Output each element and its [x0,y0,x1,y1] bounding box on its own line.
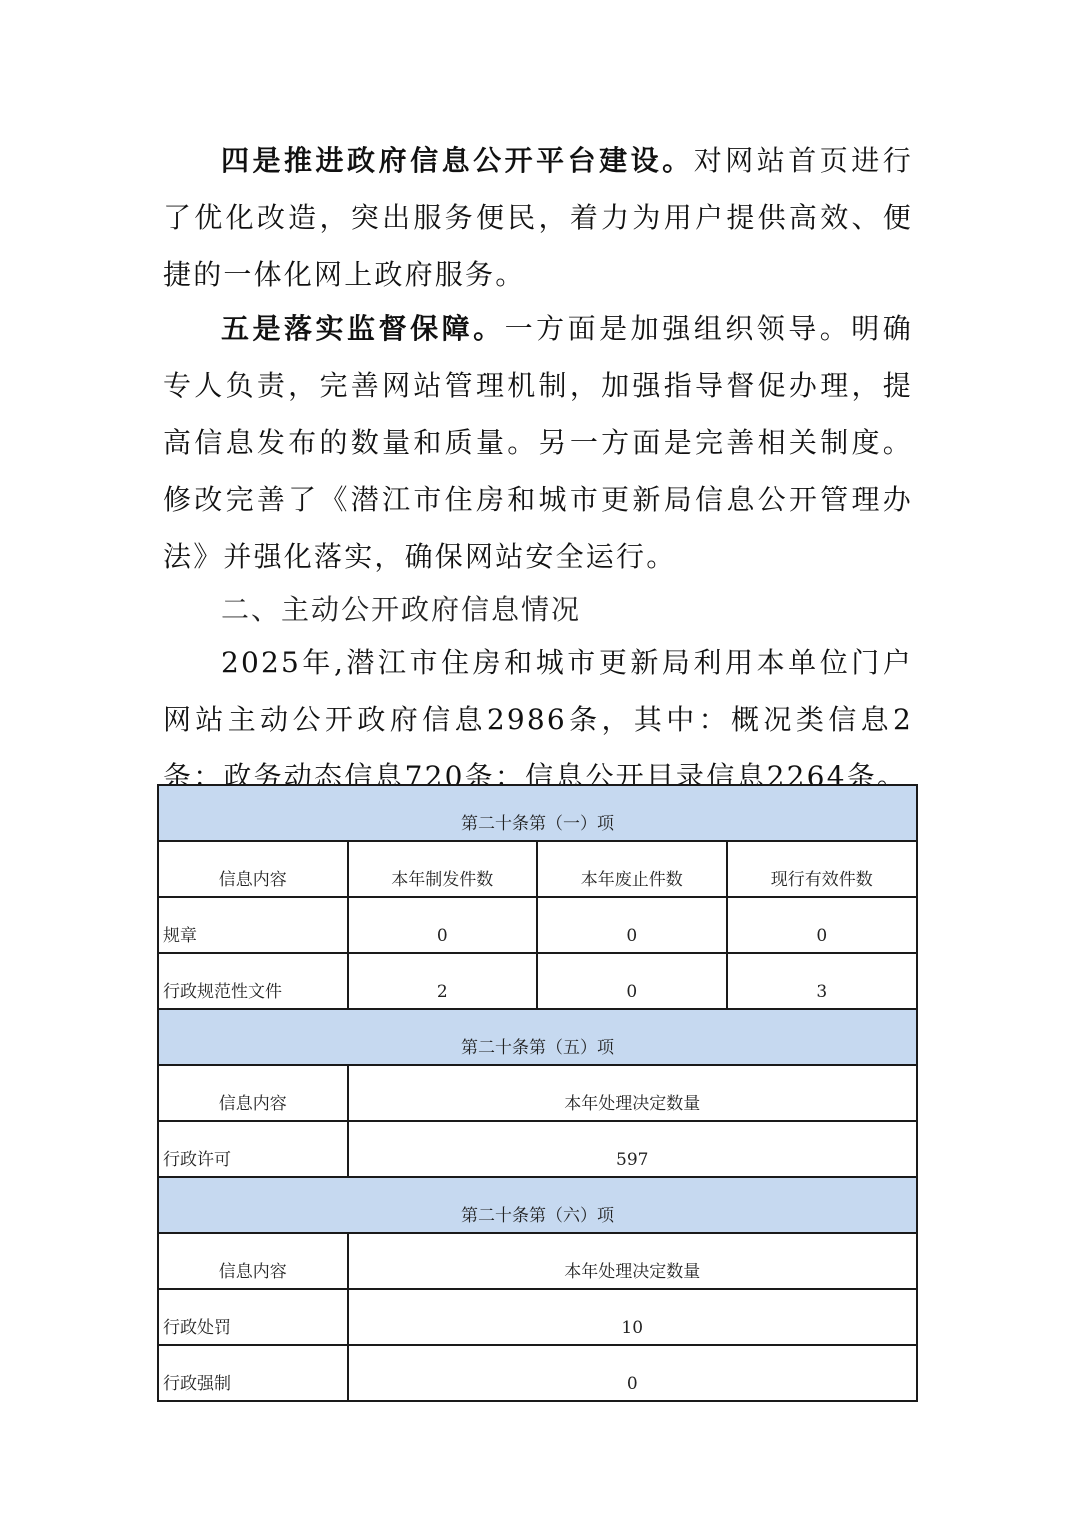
table-row: 行政许可 597 [158,1121,917,1177]
row-label: 行政许可 [158,1121,348,1177]
table-row: 行政强制 0 [158,1345,917,1401]
paragraph-summary: 2025年,潜江市住房和城市更新局利用本单位门户网站主动公开政府信息2986条，… [163,634,913,805]
row-label: 行政处罚 [158,1289,348,1345]
cell-abolished: 0 [537,953,727,1009]
column-header: 信息内容 [158,1233,348,1289]
paragraph-lead: 四是推进政府信息公开平台建设。 [221,144,694,177]
paragraph-lead: 五是落实监督保障。 [221,312,505,345]
paragraph-body: 一方面是加强组织领导。明确专人负责，完善网站管理机制，加强指导督促办理，提高信息… [163,312,913,573]
column-header: 信息内容 [158,1065,348,1121]
paragraph-supervision: 五是落实监督保障。一方面是加强组织领导。明确专人负责，完善网站管理机制，加强指导… [163,300,913,585]
table-row: 规章 0 0 0 [158,897,917,953]
group-title: 第二十条第（一）项 [158,785,917,841]
column-header: 本年制发件数 [348,841,538,897]
cell-valid: 0 [727,897,918,953]
cell-count: 0 [348,1345,918,1401]
group-title: 第二十条第（六）项 [158,1177,917,1233]
cell-count: 10 [348,1289,918,1345]
row-label: 规章 [158,897,348,953]
column-header: 本年废止件数 [537,841,727,897]
table-group-header: 第二十条第（五）项 [158,1009,917,1065]
paragraph-platform-construction: 四是推进政府信息公开平台建设。对网站首页进行了优化改造，突出服务便民，着力为用户… [163,132,913,303]
table-column-header: 信息内容 本年处理决定数量 [158,1065,917,1121]
table-row: 行政处罚 10 [158,1289,917,1345]
table-group-header: 第二十条第（一）项 [158,785,917,841]
table-column-header: 信息内容 本年制发件数 本年废止件数 现行有效件数 [158,841,917,897]
column-header: 本年处理决定数量 [348,1233,918,1289]
disclosure-table: 第二十条第（一）项 信息内容 本年制发件数 本年废止件数 现行有效件数 规章 0… [157,784,918,1402]
row-label: 行政强制 [158,1345,348,1401]
table-column-header: 信息内容 本年处理决定数量 [158,1233,917,1289]
table-row: 行政规范性文件 2 0 3 [158,953,917,1009]
row-label: 行政规范性文件 [158,953,348,1009]
cell-count: 597 [348,1121,918,1177]
cell-issued: 0 [348,897,538,953]
table-group-header: 第二十条第（六）项 [158,1177,917,1233]
group-title: 第二十条第（五）项 [158,1009,917,1065]
column-header: 本年处理决定数量 [348,1065,918,1121]
cell-issued: 2 [348,953,538,1009]
column-header: 信息内容 [158,841,348,897]
section-heading: 二、主动公开政府信息情况 [221,588,581,628]
cell-valid: 3 [727,953,918,1009]
cell-abolished: 0 [537,897,727,953]
column-header: 现行有效件数 [727,841,918,897]
